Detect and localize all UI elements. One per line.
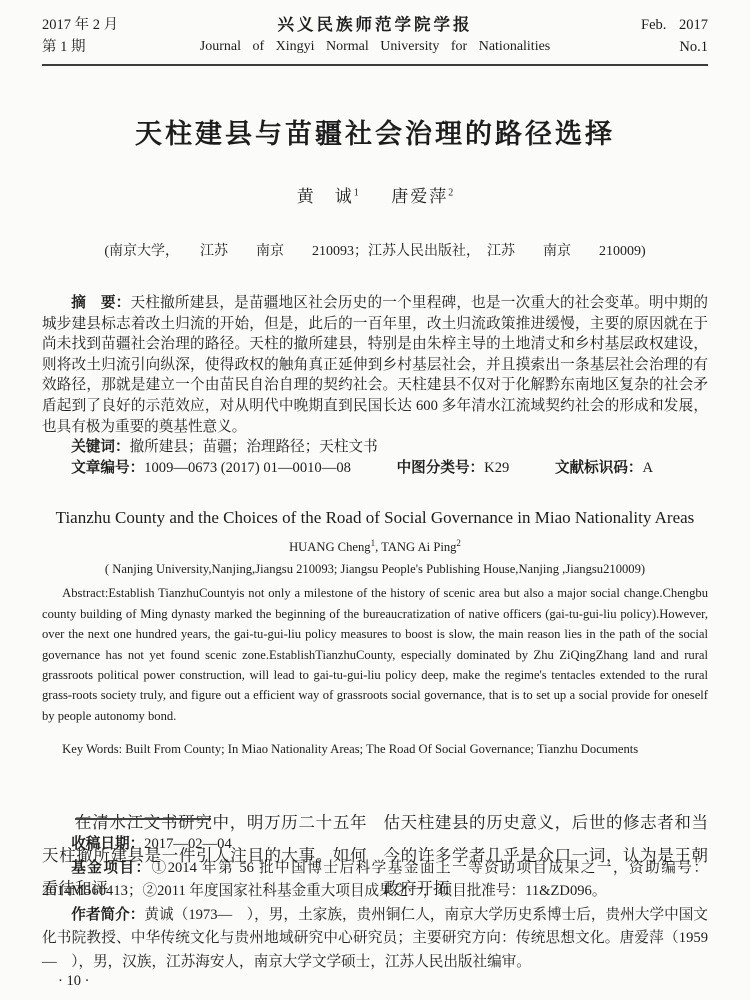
- document-code-value: A: [643, 460, 654, 476]
- author-2-sup: 2: [448, 187, 453, 198]
- header-date-cn: 2017 年 2 月: [42, 14, 162, 36]
- page-number: · 10 ·: [58, 973, 89, 990]
- abstract-text-cn: 天柱撤所建县，是苗疆地区社会历史的一个里程碑，也是一次重大的社会变革。明中期的城…: [42, 295, 708, 435]
- journal-header: 2017 年 2 月 第 1 期 兴义民族师范学院学报 Journal of X…: [42, 14, 708, 58]
- author-1-sup: 1: [354, 187, 359, 198]
- footnotes: 收稿日期：2017—02—04 基金项目：①2014 年第 56 批中国博士后科…: [42, 833, 708, 974]
- header-issue-cn: 第 1 期: [42, 36, 162, 58]
- author-1-name-en: HUANG Cheng: [289, 541, 371, 555]
- authors-line: 黄 诚1 唐爱萍2: [42, 182, 708, 207]
- article-title-en: Tianzhu County and the Choices of the Ro…: [42, 507, 708, 529]
- footnote-area: 收稿日期：2017—02—04 基金项目：①2014 年第 56 批中国博士后科…: [42, 818, 708, 974]
- author-2-sup-en: 2: [456, 538, 461, 548]
- header-issue-en: No.1: [588, 36, 708, 58]
- journal-name: 兴义民族师范学院学报 Journal of Xingyi Normal Univ…: [162, 14, 588, 58]
- author-2-name-en: TANG Ai Ping: [381, 541, 456, 555]
- footnote-author-bio: 作者简介：黄诚（1973— ），男，土家族，贵州铜仁人，南京大学历史系博士后，贵…: [42, 904, 708, 975]
- header-date-issue-en: Feb. 2017 No.1: [588, 14, 708, 58]
- footnote-received-date: 收稿日期：2017—02—04: [42, 833, 708, 857]
- abstract-cn: 摘 要：天柱撤所建县，是苗疆地区社会历史的一个里程碑，也是一次重大的社会变革。明…: [42, 293, 708, 437]
- keywords-cn: 关键词：撤所建县；苗疆；治理路径；天柱文书: [42, 437, 708, 458]
- article-number-value: 1009—0673 (2017) 01—0010—08: [144, 460, 351, 476]
- keywords-label-cn: 关键词：: [71, 439, 129, 455]
- abstract-label-cn: 摘 要：: [71, 295, 130, 311]
- keywords-en: Key Words: Built From County; In Miao Na…: [42, 739, 708, 759]
- received-date-value: 2017—02—04: [144, 836, 232, 852]
- author-1: 黄 诚1: [297, 187, 359, 206]
- author-1-name: 黄 诚: [297, 187, 354, 206]
- document-code-label: 文献标识码：: [555, 460, 643, 476]
- clc-label: 中图分类号：: [397, 460, 485, 476]
- journal-name-en: Journal of Xingyi Normal University for …: [162, 36, 588, 58]
- footnote-divider: [75, 818, 211, 820]
- article-number-label: 文章编号：: [71, 460, 144, 476]
- affiliation-cn: (南京大学， 江苏 南京 210093；江苏人民出版社， 江苏 南京 21000…: [42, 240, 708, 260]
- footnote-fund-project: 基金项目：①2014 年第 56 批中国博士后科学基金面上一等资助项目成果之一，…: [42, 857, 708, 904]
- affiliation-en: ( Nanjing University,Nanjing,Jiangsu 210…: [42, 559, 708, 579]
- authors-line-en: HUANG Cheng1, TANG Ai Ping2: [42, 533, 708, 558]
- author-2-name: 唐爱萍: [391, 187, 448, 206]
- abstract-en: Abstract:Establish TianzhuCountyis not o…: [42, 583, 708, 726]
- clc-value: K29: [484, 460, 509, 476]
- article-number: 文章编号：1009—0673 (2017) 01—0010—08: [71, 460, 351, 476]
- author-2: 唐爱萍2: [391, 187, 453, 206]
- header-date-en: Feb. 2017: [588, 14, 708, 36]
- article-meta-line: 文章编号：1009—0673 (2017) 01—0010—08 中图分类号：K…: [42, 458, 708, 479]
- english-section: Tianzhu County and the Choices of the Ro…: [42, 507, 708, 759]
- header-divider: [42, 64, 708, 66]
- clc-number: 中图分类号：K29: [397, 460, 510, 476]
- journal-name-cn: 兴义民族师范学院学报: [162, 14, 588, 36]
- received-date-label: 收稿日期：: [71, 836, 144, 852]
- header-date-issue: 2017 年 2 月 第 1 期: [42, 14, 162, 58]
- journal-page: 2017 年 2 月 第 1 期 兴义民族师范学院学报 Journal of X…: [0, 0, 750, 1000]
- document-code: 文献标识码：A: [555, 460, 653, 476]
- abstract-block-cn: 摘 要：天柱撤所建县，是苗疆地区社会历史的一个里程碑，也是一次重大的社会变革。明…: [42, 293, 708, 478]
- article-title: 天柱建县与苗疆社会治理的路径选择: [42, 112, 708, 151]
- fund-project-label: 基金项目：: [71, 860, 151, 876]
- keywords-text-cn: 撤所建县；苗疆；治理路径；天柱文书: [130, 439, 378, 455]
- author-bio-label: 作者简介：: [71, 907, 144, 923]
